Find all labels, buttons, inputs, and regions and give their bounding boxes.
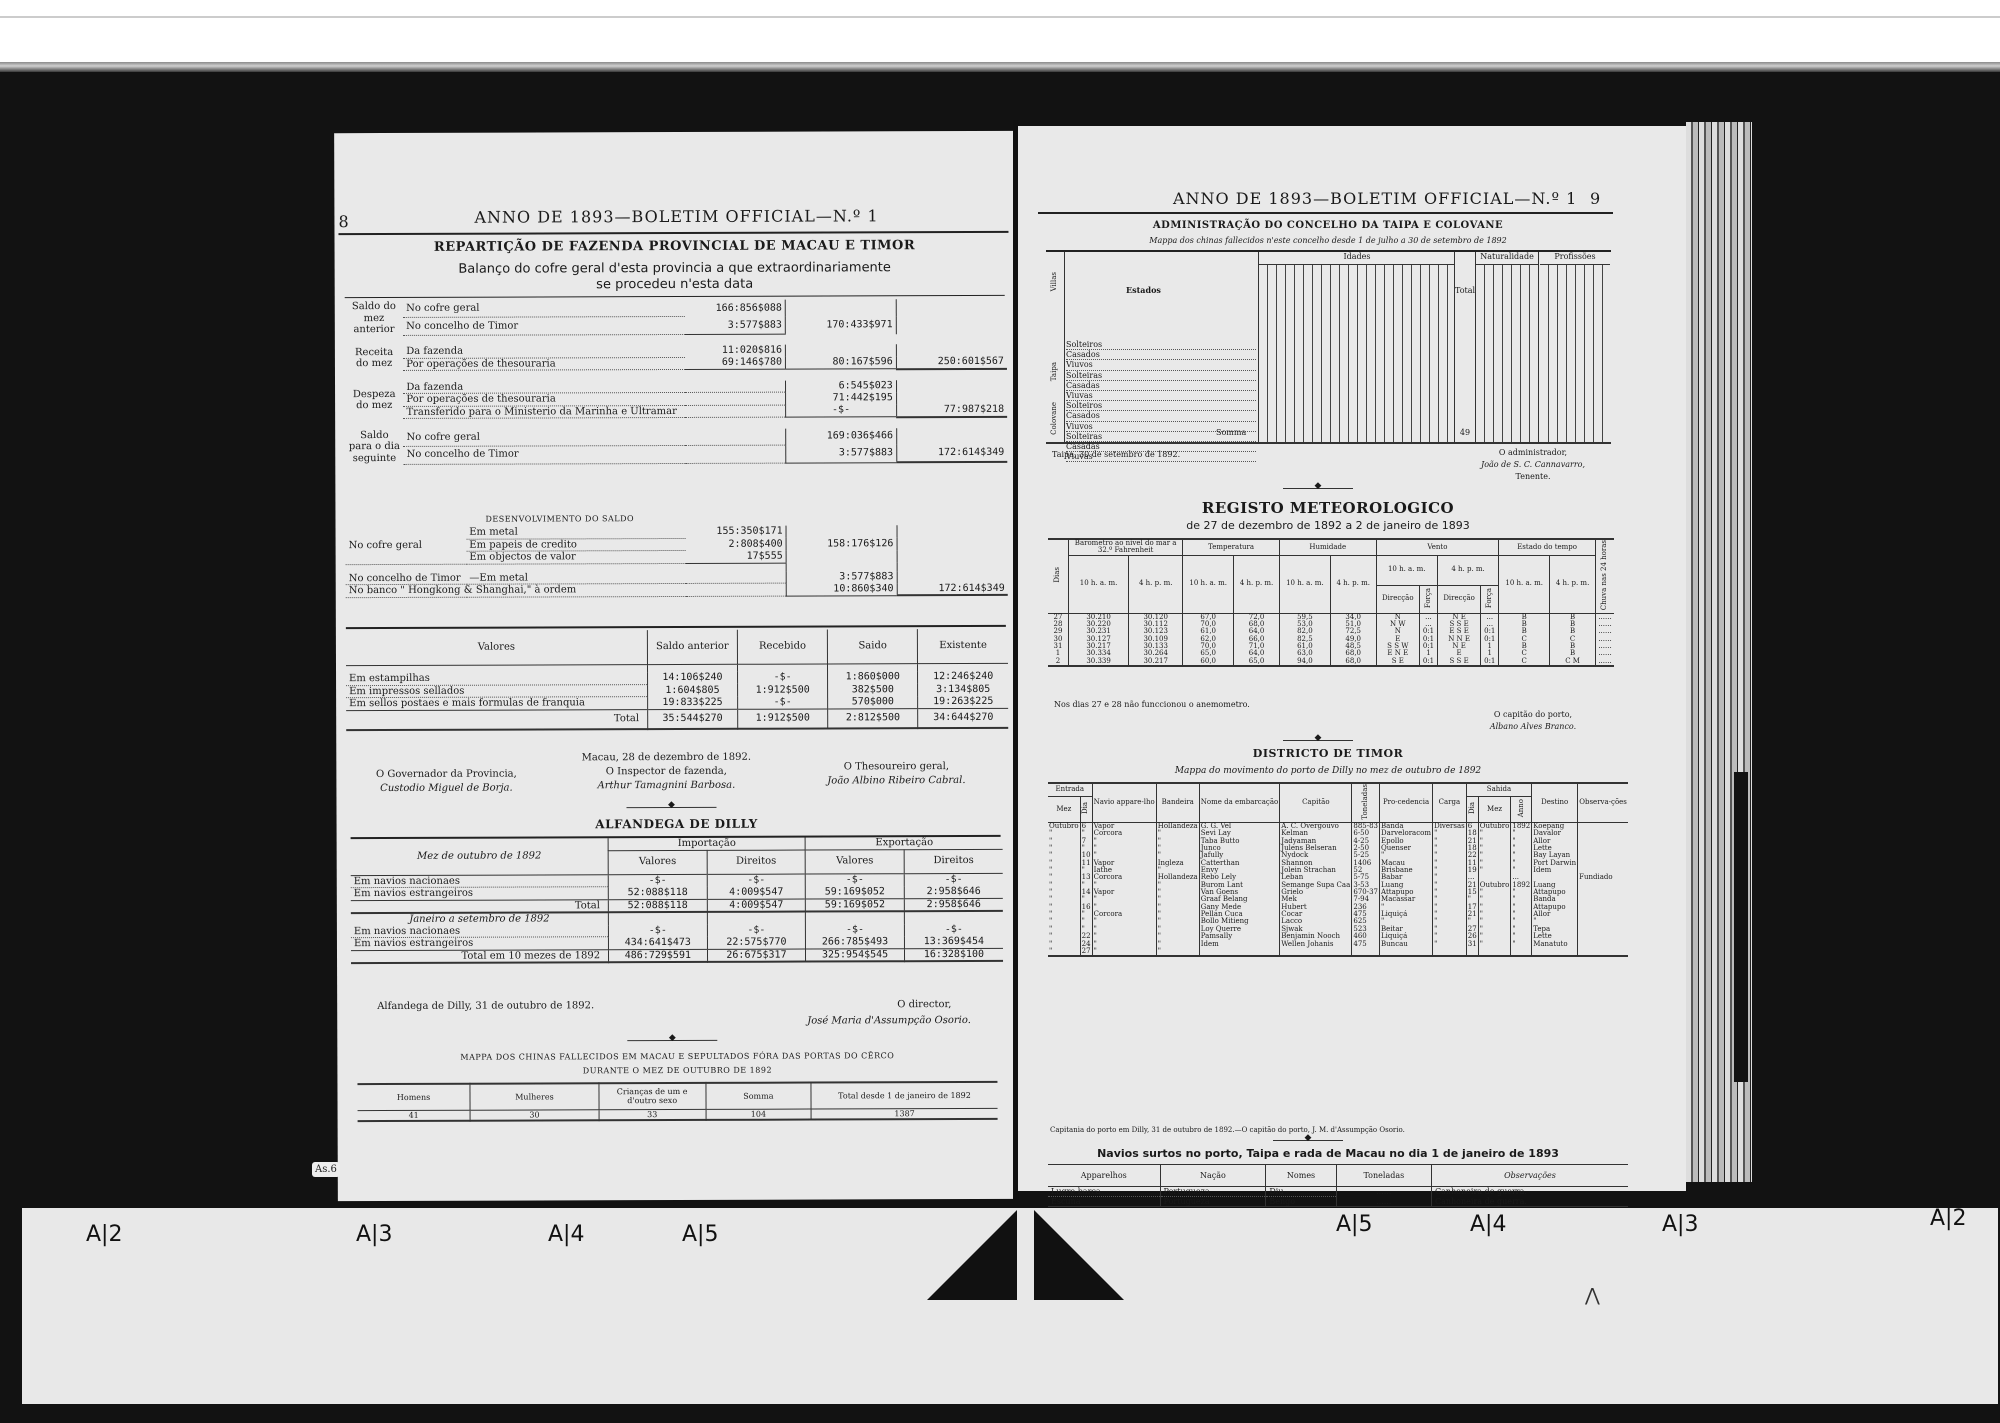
value: 169:036$466 (786, 428, 897, 445)
column-header: Mez (1478, 797, 1511, 823)
triangle-marker-right (1034, 1210, 1124, 1300)
value: 35:544$270 (647, 709, 737, 729)
cell (1578, 860, 1628, 867)
film-edge (0, 62, 2000, 72)
column-group-header: Temperatura (1183, 539, 1280, 555)
cell: Idem (1199, 941, 1280, 948)
column-header: Saldo anterior (647, 630, 737, 664)
row-label: Casadas (1066, 381, 1256, 391)
row-label: Em estampilhas (346, 672, 647, 685)
row-label: Em navios nacionaes (351, 925, 609, 938)
column-header: Dia (1469, 802, 1476, 814)
row-label: Solteiras (1066, 371, 1256, 381)
cell (1532, 948, 1578, 956)
signatory-name: José Maria d'Assumpção Osorio. (807, 1015, 971, 1027)
cell: " (1156, 838, 1199, 845)
cell (1578, 882, 1628, 889)
cell: " (1478, 941, 1511, 948)
frame-mark: A|2 (1930, 1206, 1966, 1231)
somma-label: Somma (1216, 428, 1246, 437)
cell: " (1048, 882, 1080, 889)
timor-footer: Capitania do porto em Dilly, 31 de outub… (1050, 1126, 1405, 1134)
frame-mark-label: A|4 (548, 1222, 584, 1247)
value: 4:009$547 (707, 886, 806, 899)
column-header: Toneladas (1336, 1165, 1431, 1187)
taipa-subtitle: Mappa dos chinas fallecidos n'este conce… (1018, 236, 1638, 245)
villa-label: Taipa (1050, 362, 1058, 381)
cell: " (1433, 838, 1467, 845)
row-label: Total (346, 709, 647, 730)
value: 33 (599, 1109, 706, 1120)
column-header: Recebido (737, 629, 827, 663)
value: 19:833$225 (647, 696, 737, 709)
total-row: Total em 10 mezes de 1892486:729$59126:6… (351, 948, 1003, 963)
cell (1280, 948, 1352, 956)
cell: " (1048, 838, 1080, 845)
value: 6:545$023 (786, 380, 897, 392)
header-rule (1038, 212, 1613, 214)
column-header: 4 h. p. m. (1330, 555, 1376, 613)
cell: 27 (1080, 948, 1092, 956)
subtotal: 158:176$126 (786, 537, 897, 550)
row-label: Em impressos sellados (346, 684, 647, 698)
column-header: Nomes (1266, 1165, 1336, 1187)
cell: " (1092, 838, 1156, 845)
column-header: Navio appare-lho (1092, 783, 1156, 823)
cell: " (1433, 933, 1467, 940)
cell: ...... (1596, 658, 1615, 666)
value: -$- (707, 874, 806, 887)
row-label: Em sellos postaes e mais formulas de fra… (346, 697, 647, 711)
cell: Macassar (1380, 896, 1433, 903)
cell: " (1048, 896, 1080, 903)
cell: Wellen Johanis (1280, 941, 1352, 948)
cell: Escuna (1048, 1197, 1160, 1207)
value: -$- (904, 923, 1003, 935)
row-label: Total (351, 899, 609, 913)
signatory-name: João de S. C. Cannavarro, (1458, 460, 1608, 469)
cell: Canhoneira de guerra. (1431, 1187, 1628, 1197)
table-row: 130.33430.26465,064,063,068,0E N E1E1CB.… (1048, 650, 1614, 657)
cell: " (1478, 904, 1511, 911)
column-header: Nome da embarcação (1199, 783, 1280, 823)
row-label: Por operações de thesouraria (403, 357, 685, 370)
value: -$- (608, 874, 707, 887)
column-header: Total desde 1 de janeiro de 1892 (811, 1082, 998, 1109)
group-label: Receita do mez (345, 346, 403, 371)
meteo-rows: 2730.21030.12067,072,059,534,0N...N E...… (1048, 613, 1614, 666)
frame-mark-label: A|3 (356, 1222, 392, 1247)
place-date: Alfandega de Dilly, 31 de outubro de 189… (377, 1000, 594, 1012)
cell (1478, 948, 1511, 956)
total: 172:614$349 (897, 582, 1008, 595)
divider (0, 16, 2000, 18)
value: 382$500 (828, 683, 918, 696)
cell: Manatuto (1532, 941, 1578, 948)
column-group-header: Naturalidade (1476, 252, 1538, 265)
cell: Corcora (1092, 911, 1156, 918)
cell: " (1433, 904, 1467, 911)
column-header: Toneladas (1362, 784, 1369, 820)
meteo-table: Dias Barometro ao nivel do mar a 32.º Fa… (1048, 538, 1614, 667)
cell: Corcora (1092, 830, 1156, 837)
cell: " (1433, 926, 1467, 933)
value: 4:009$547 (707, 899, 806, 912)
cell (1466, 948, 1478, 956)
signatory-name: Custodio Miguel de Borja. (356, 782, 536, 794)
cell: Liquiçá (1380, 911, 1433, 918)
estados-list: Solteiros Casados Viuvos Solteiras Casad… (1066, 340, 1256, 462)
row-label: Casados (1066, 350, 1256, 360)
alfandega-table: Mez de outubro de 1892 Importação Export… (351, 837, 1003, 964)
cell: 68,0 (1330, 658, 1376, 666)
value: 10:860$340 (786, 583, 897, 596)
cell: 94,0 (1279, 658, 1330, 666)
table-row: ""Iathe"EnvyJolein Strachan52Brisbane"19… (1048, 867, 1628, 874)
total: 172:614$349 (897, 444, 1008, 462)
frame-mark: A|3 (1662, 1212, 1698, 1237)
cell: " (1433, 852, 1467, 859)
cell: Ingleza (1156, 860, 1199, 867)
row-label: No concelho de Timor (404, 445, 786, 464)
cell: " (1478, 860, 1511, 867)
value: 52:088$118 (608, 899, 707, 912)
value: 1:912$500 (738, 683, 828, 696)
cell: " (1092, 896, 1156, 903)
navios-table: Apparelhos Nação Nomes Toneladas Observa… (1048, 1164, 1628, 1207)
place-date: Macau, 28 de dezembro de 1892. (536, 752, 796, 764)
mappa-chinas-table: Homens Mulheres Crianças de um e d'outro… (357, 1081, 997, 1122)
row-label: No cofre geral (346, 527, 467, 564)
cell: Outubro (1478, 823, 1511, 831)
cell: " (1156, 889, 1199, 896)
column-header: Direcção (1437, 585, 1480, 613)
frame-mark: A|4 (1470, 1212, 1506, 1237)
cell: 2 (1048, 658, 1069, 666)
timor-table: Entrada Navio appare-lho Bandeira Nome d… (1048, 782, 1628, 957)
column-header: Observa-ções (1578, 783, 1628, 823)
table-header: Valores Saldo anterior Recebido Saido Ex… (346, 629, 1008, 665)
cell: " (1048, 904, 1080, 911)
column-group-header: Vento (1376, 539, 1499, 555)
table-row: "27"" (1048, 948, 1628, 956)
column-header: Nação (1160, 1165, 1266, 1187)
table-row: ""Corcora"Pellan CucaCocar475Liquiçá"21"… (1048, 911, 1628, 918)
column-header: Total (1455, 286, 1475, 295)
row-label: Solteiros (1066, 340, 1256, 350)
column-header: Destino (1532, 783, 1578, 823)
table-header: Entrada Navio appare-lho Bandeira Nome d… (1048, 783, 1628, 797)
mappa-title-1: MAPPA DOS CHINAS FALLECIDOS EM MACAU E S… (337, 1051, 1017, 1063)
value: -$- (738, 671, 828, 683)
column-header: 10 h. a. m. (1183, 555, 1234, 613)
column-header: Pro-cedencia (1380, 783, 1433, 823)
signatory-name: Albano Alves Branco. (1458, 722, 1608, 731)
cell: Canhoneira de guerra. (1431, 1197, 1628, 1207)
profissoes-columns: Profissões (1540, 252, 1610, 442)
value: 155:350$171 (686, 526, 787, 538)
meteo-subtitle: de 27 de dezembro de 1892 a 2 de janeiro… (1018, 520, 1638, 533)
cell: " (1433, 896, 1467, 903)
column-group-header: Profissões (1540, 252, 1610, 265)
value: 26:675$317 (707, 949, 806, 962)
table-row: 2730.21030.12067,072,059,534,0N...N E...… (1048, 613, 1614, 621)
cell: " (1156, 845, 1199, 852)
cell: ...... (1336, 1187, 1431, 1197)
column-group-header: Estado do tempo (1499, 539, 1596, 555)
table-row: Lugre barca Portugueza Diu ...... Canhon… (1048, 1187, 1628, 1197)
signatory-title: O Inspector de fazenda, (536, 766, 796, 778)
column-header: 4 h. p. m. (1550, 555, 1596, 613)
cell (1578, 889, 1628, 896)
column-header: 10 h. a. m. (1376, 555, 1437, 585)
value: 325:954$545 (806, 948, 905, 961)
column-header: 10 h. a. m. (1499, 555, 1550, 613)
value: 3:577$883 (786, 445, 897, 463)
value: 1:912$500 (738, 708, 828, 728)
value: -$- (904, 873, 1003, 886)
table-header: Homens Mulheres Crianças de um e d'outro… (357, 1082, 997, 1110)
signatory-title: O Governador da Provincia, (356, 768, 536, 780)
subtotal: 80:167$596 (786, 356, 897, 369)
row-label: Em metal (466, 526, 685, 539)
cell (1578, 948, 1628, 956)
cell: Fundiado (1578, 874, 1628, 881)
cell: " (1048, 918, 1080, 925)
cell (1511, 948, 1532, 956)
table-row: 2930.23130.12361,064,082,072,5N0:1E S E0… (1048, 628, 1614, 635)
row-label: Total em 10 mezes de 1892 (351, 949, 609, 963)
column-header: Chuva nas 24 horas (1601, 540, 1608, 610)
ornament-divider (626, 807, 716, 808)
value: 34:644$270 (918, 708, 1008, 728)
value: 166:856$088 (685, 300, 786, 317)
period-label: Mez de outubro de 1892 (351, 838, 609, 875)
cell: " (1048, 889, 1080, 896)
row-label: Viuvas (1066, 391, 1256, 401)
cell: " (1092, 926, 1156, 933)
cell: " (1156, 941, 1199, 948)
cell: Bengo (1266, 1197, 1336, 1207)
cell (1578, 852, 1628, 859)
column-header: Valores (608, 850, 707, 874)
fazenda-subtitle-2: se procedeu n'esta data (335, 277, 1015, 294)
frame-mark-label: A|2 (86, 1222, 122, 1247)
cell: Portugueza (1160, 1187, 1266, 1197)
row-label: Em objectos de valor (466, 550, 685, 563)
value: 1387 (811, 1108, 998, 1119)
row-label: Da fazenda (403, 345, 685, 358)
row-label: Em navios estrangeiros (351, 937, 609, 950)
column-header: Existente (918, 629, 1008, 663)
cell: " (1156, 948, 1199, 956)
total-column: Total 49 (1454, 252, 1476, 442)
cell (1578, 896, 1628, 903)
frame-mark: A|2 (86, 1222, 122, 1247)
cell: C (1499, 658, 1550, 666)
value: 104 (706, 1109, 811, 1120)
cell: " (1048, 911, 1080, 918)
cell (1352, 948, 1380, 956)
row-label: No cofre geral (403, 300, 685, 318)
cell (1578, 904, 1628, 911)
value: -$- (786, 404, 897, 417)
cell: Hollandeza (1156, 874, 1199, 881)
cell: " (1092, 933, 1156, 940)
cell: " (1156, 933, 1199, 940)
cell: 30.339 (1069, 658, 1129, 666)
table-header: Apparelhos Nação Nomes Toneladas Observa… (1048, 1165, 1628, 1187)
left-page: 8 ANNO DE 1893—BOLETIM OFFICIAL—N.º 1 RE… (334, 131, 1018, 1201)
total-row: Total35:544$2701:912$5002:812$50034:644$… (346, 708, 1008, 730)
cell (1433, 948, 1467, 956)
cell: " (1433, 889, 1467, 896)
frame-mark: A|3 (356, 1222, 392, 1247)
cell: 475 (1352, 941, 1380, 948)
cell: " (1048, 830, 1080, 837)
cell (1578, 933, 1628, 940)
column-header: 4 h. p. m. (1437, 555, 1498, 585)
timor-subtitle: Mappa do movimento do porto de Dilly no … (1018, 766, 1638, 776)
ornament-divider (1283, 488, 1353, 489)
table-row: 2830.22030.11270,068,053,051,0N W...S S … (1048, 621, 1614, 628)
cell: ...... (1336, 1197, 1431, 1207)
header-rule (338, 231, 1008, 235)
meteo-title: REGISTO METEOROLOGICO (1018, 500, 1638, 517)
column-group-header: Idades (1259, 252, 1455, 265)
desenvolvimento-table: No cofre geralEm metal155:350$171 Em pap… (346, 525, 1008, 598)
row-label: Em papeis de credito (466, 538, 685, 551)
ornament-divider (627, 1040, 717, 1041)
value: 17$555 (686, 550, 787, 563)
frame-mark: A|5 (682, 1222, 718, 1247)
cell: " (1092, 845, 1156, 852)
row-label: Em navios nacionaes (351, 874, 609, 887)
cell (1578, 941, 1628, 948)
cell: 0:1 (1481, 658, 1499, 666)
table-row: "24""IdemWellen Johanis475Buncau"31""Man… (1048, 941, 1628, 948)
right-page: ANNO DE 1893—BOLETIM OFFICIAL—N.º 1 9 AD… (1018, 126, 1686, 1191)
signatory-title: O Thesoureiro geral, (796, 761, 996, 773)
villa-label: Colovane (1050, 402, 1058, 435)
signatory-name: João Albino Ribeiro Cabral. (796, 775, 996, 787)
cell: Idem (1532, 867, 1578, 874)
column-header: 4 h. p. m. (1234, 555, 1280, 613)
row-label: Solteiros (1066, 401, 1256, 411)
cell: Diversas (1433, 823, 1467, 831)
column-header: Crianças de um e d'outro sexo (599, 1083, 706, 1109)
naturalidade-columns: Naturalidade (1476, 252, 1539, 442)
cell: " (1048, 933, 1080, 940)
frame-mark: A|5 (1336, 1212, 1372, 1237)
row-label: Casados (1066, 411, 1256, 421)
alfandega-title: ALFANDEGA DE DILLY (337, 817, 1017, 833)
table-header: Dias Barometro ao nivel do mar a 32.º Fa… (1048, 539, 1614, 555)
group-label: Saldo do mez anterior (345, 301, 403, 336)
cell: " (1433, 874, 1467, 881)
cell: " (1092, 941, 1156, 948)
triangle-marker-left (927, 1210, 1017, 1300)
book-edge (1686, 122, 1752, 1182)
cell: 60,0 (1183, 658, 1234, 666)
idades-columns: Idades (1258, 252, 1455, 442)
cell (1578, 823, 1628, 831)
cell: C M (1550, 658, 1596, 666)
divider (345, 295, 1005, 298)
value: 14:106$240 (647, 672, 737, 684)
desenvolvimento-heading: DESENVOLVIMENTO DO SALDO (485, 514, 634, 524)
column-group-header: Entrada (1048, 783, 1092, 797)
cell: Lugre barca (1048, 1187, 1160, 1197)
fazenda-title: REPARTIÇÃO DE FAZENDA PROVINCIAL DE MACA… (335, 239, 1015, 256)
cell: 65,0 (1234, 658, 1280, 666)
cell: Vapor (1092, 889, 1156, 896)
value: -$- (738, 696, 828, 709)
cell: " (1048, 852, 1080, 859)
column-header: Bandeira (1156, 783, 1199, 823)
column-header: Somma (706, 1083, 811, 1109)
value: 71:442$195 (786, 392, 897, 405)
taipa-table: Villas Taipa Colovane Estados Solteiros … (1046, 252, 1611, 444)
cell: Quenser (1380, 845, 1433, 852)
row-label: Viuvos (1066, 360, 1256, 370)
signatory-name: Arthur Tamagnini Barbosa. (536, 780, 796, 792)
column-group-header: Humidade (1279, 539, 1376, 555)
cell: " (1156, 830, 1199, 837)
value: 12:246$240 (918, 671, 1008, 683)
cell (1578, 911, 1628, 918)
column-header: Valores (346, 630, 647, 665)
row-label: No concelho de Timor (403, 317, 685, 336)
cell: " (1478, 911, 1511, 918)
cell (1578, 845, 1628, 852)
value: 266:785$493 (806, 936, 905, 949)
fazenda-subtitle-1: Balanço do cofre geral d'esta provincia … (335, 261, 1015, 278)
cell: Outubro (1048, 823, 1080, 831)
timor-rows: Outubro6VaporHollandezaG. G. VelA. C. Ov… (1048, 823, 1628, 957)
cell: " (1433, 860, 1467, 867)
value: 69:146$780 (685, 357, 786, 370)
value: 2:812$500 (828, 708, 918, 728)
table-row: 230.33930.21760,065,094,068,0S E0:1S S E… (1048, 658, 1614, 666)
value: 3:577$883 (685, 317, 786, 335)
cell: 0:1 (1420, 658, 1438, 666)
timor-title: DISTRICTO DE TIMOR (1018, 748, 1638, 761)
cell: Allor (1532, 911, 1578, 918)
running-header: ANNO DE 1893—BOLETIM OFFICIAL—N.º 1 (1173, 190, 1577, 208)
table-row: 41 30 33 104 1387 (358, 1108, 998, 1121)
signatory-title: O administrador, (1458, 448, 1608, 457)
signatory-rank: Tenente. (1458, 472, 1608, 481)
period-label: Janeiro a setembro de 1892 (351, 912, 609, 925)
edge-shadow (1734, 772, 1748, 1082)
column-header: 10 h. a. m. (1279, 555, 1330, 613)
value: 13:369$454 (904, 935, 1003, 948)
cell: " (1048, 845, 1080, 852)
villas-column: Villas Taipa Colovane (1046, 252, 1065, 442)
value: 52:088$118 (608, 886, 707, 899)
column-header: Homens (357, 1084, 470, 1110)
column-header: Mez (1048, 797, 1080, 823)
meteo-note: Nos dias 27 e 28 não funccionou o anemom… (1054, 700, 1250, 709)
reel-label: As.6 (312, 1162, 340, 1177)
cell: 31 (1466, 941, 1478, 948)
column-header: Villas (1050, 272, 1058, 291)
balanco-table: Saldo do mez anterior No cofre geral166:… (345, 299, 1008, 465)
cell: " (1048, 860, 1080, 867)
table-row: Escuna Portugueza Bengo ...... Canhoneir… (1048, 1197, 1628, 1207)
cell: " (1433, 867, 1467, 874)
